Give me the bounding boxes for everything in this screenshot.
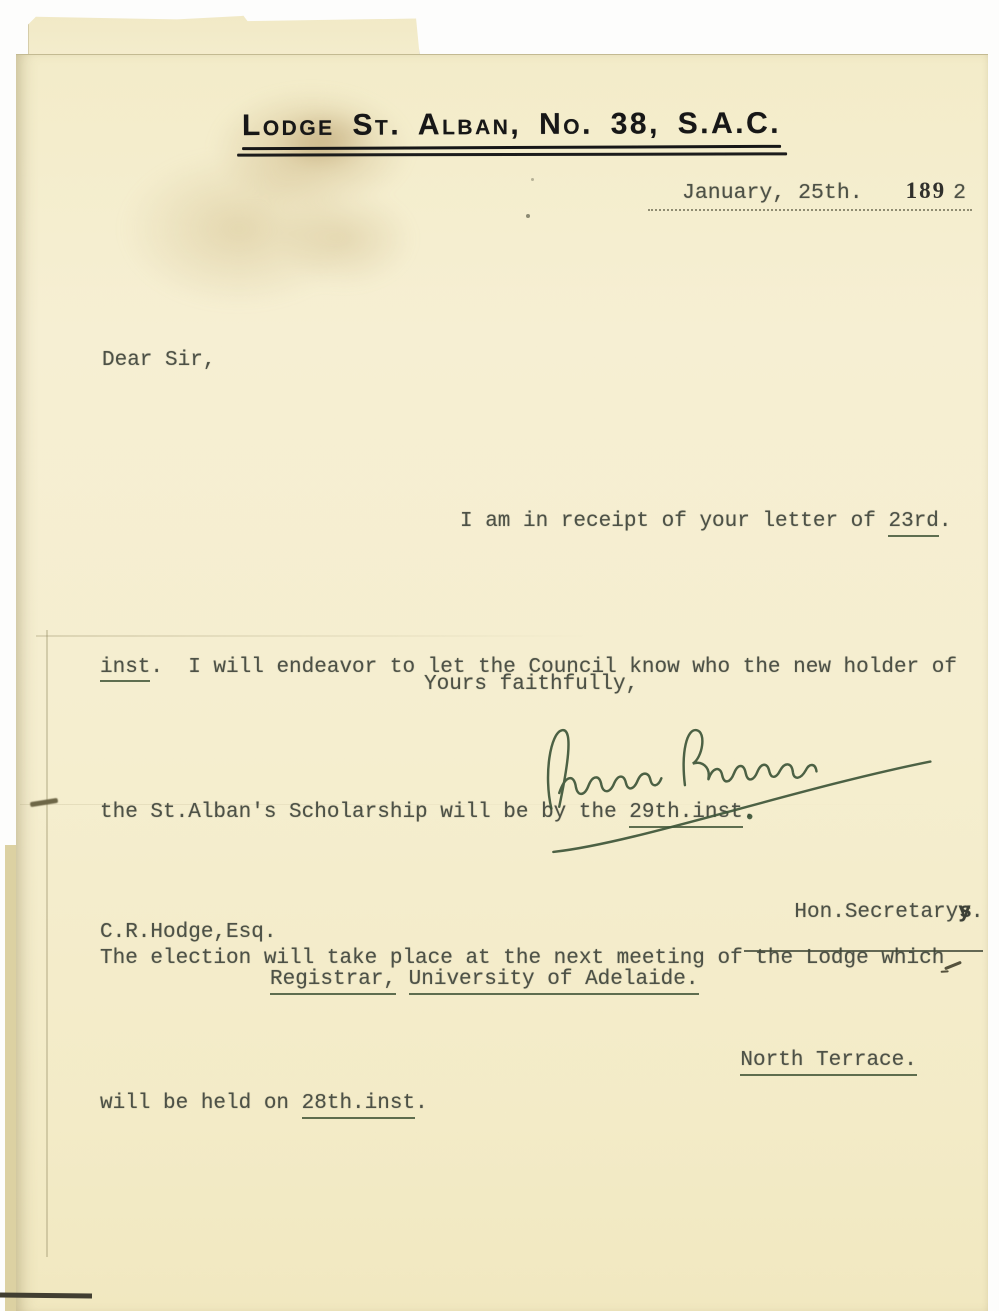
vertical-crease bbox=[46, 630, 48, 1257]
typed-year-digit: 2 bbox=[953, 181, 966, 205]
printed-year-prefix: 189 bbox=[906, 178, 947, 204]
letterhead: Lodge St. Alban, No. 38, S.A.C. bbox=[12, 108, 999, 155]
body-line: I am in receipt of your letter of 23rd. bbox=[100, 498, 985, 547]
addressee-line3: North Terrace. bbox=[690, 1026, 917, 1095]
salutation: Dear Sir, bbox=[102, 349, 215, 372]
closing: Yours faithfully, bbox=[424, 673, 638, 696]
signoff-period: . bbox=[971, 901, 984, 924]
ink-speck bbox=[531, 178, 534, 181]
scan-edge-shadow bbox=[0, 1293, 92, 1299]
ink-speck bbox=[526, 214, 530, 218]
signoff-title: Hon.Secretaryys. bbox=[744, 878, 983, 952]
addressee-name: C.R.Hodge,Esq. bbox=[100, 921, 276, 944]
back-sheet-edge bbox=[28, 15, 420, 59]
overstruck-character: ys bbox=[958, 901, 971, 924]
signature-graphic bbox=[518, 714, 950, 872]
letterhead-rule bbox=[237, 152, 787, 156]
letterhead-rule bbox=[242, 145, 781, 150]
date-line: January, 25th. 189 2 bbox=[648, 178, 972, 211]
scanned-letter: Lodge St. Alban, No. 38, S.A.C. January,… bbox=[0, 0, 999, 1311]
signoff-text: Hon.Secretary bbox=[794, 901, 958, 924]
typed-date: January, 25th. bbox=[682, 181, 863, 205]
letterhead-title: Lodge St. Alban, No. 38, S.A.C. bbox=[242, 107, 781, 143]
addressee-line2: Registrar, University of Adelaide. bbox=[270, 968, 699, 991]
